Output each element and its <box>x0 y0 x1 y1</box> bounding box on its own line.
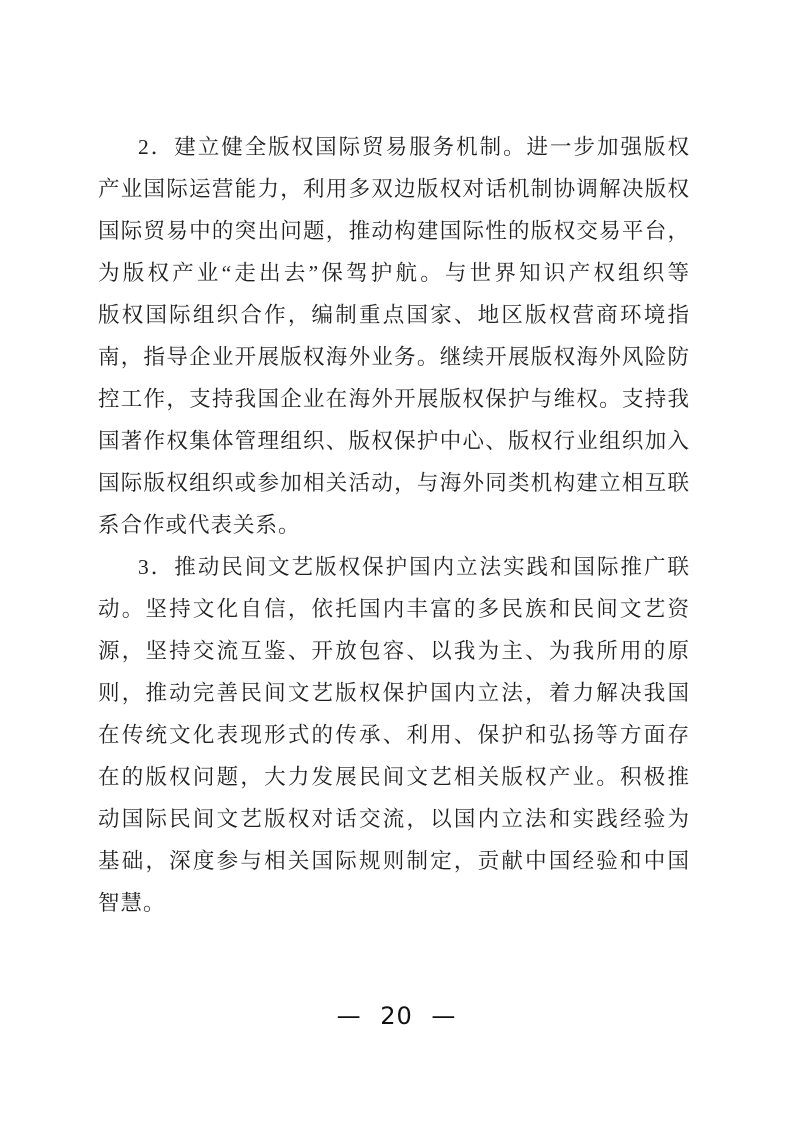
document-line: 国际贸易中的突出问题，推动构建国际性的版权交易平台， <box>98 210 690 252</box>
page-number: — 20 — <box>0 1001 793 1031</box>
document-line: 源，坚持交流互鉴、开放包容、以我为主、为我所用的原 <box>98 630 690 672</box>
body-text: 2．建立健全版权国际贸易服务机制。进一步加强版权 产业国际运营能力，利用多双边版… <box>98 126 690 924</box>
document-line: 在传统文化表现形式的传承、利用、保护和弘扬等方面存 <box>98 714 690 756</box>
document-line: 系合作或代表关系。 <box>98 504 690 546</box>
document-line: 为版权产业“走出去”保驾护航。与世界知识产权组织等 <box>98 252 690 294</box>
document-line: 2．建立健全版权国际贸易服务机制。进一步加强版权 <box>98 126 690 168</box>
document-line: 版权国际组织合作，编制重点国家、地区版权营商环境指 <box>98 294 690 336</box>
document-line: 控工作，支持我国企业在海外开展版权保护与维权。支持我 <box>98 378 690 420</box>
document-line: 南，指导企业开展版权海外业务。继续开展版权海外风险防 <box>98 336 690 378</box>
document-line: 动国际民间文艺版权对话交流，以国内立法和实践经验为 <box>98 798 690 840</box>
document-line: 在的版权问题，大力发展民间文艺相关版权产业。积极推 <box>98 756 690 798</box>
document-page: 2．建立健全版权国际贸易服务机制。进一步加强版权 产业国际运营能力，利用多双边版… <box>0 0 793 1122</box>
document-line: 国著作权集体管理组织、版权保护中心、版权行业组织加入 <box>98 420 690 462</box>
document-line: 3．推动民间文艺版权保护国内立法实践和国际推广联 <box>98 546 690 588</box>
document-line: 智慧。 <box>98 882 690 924</box>
document-line: 则，推动完善民间文艺版权保护国内立法，着力解决我国 <box>98 672 690 714</box>
document-line: 国际版权组织或参加相关活动，与海外同类机构建立相互联 <box>98 462 690 504</box>
document-line: 动。坚持文化自信，依托国内丰富的多民族和民间文艺资 <box>98 588 690 630</box>
document-line: 产业国际运营能力，利用多双边版权对话机制协调解决版权 <box>98 168 690 210</box>
document-line: 基础，深度参与相关国际规则制定，贡献中国经验和中国 <box>98 840 690 882</box>
